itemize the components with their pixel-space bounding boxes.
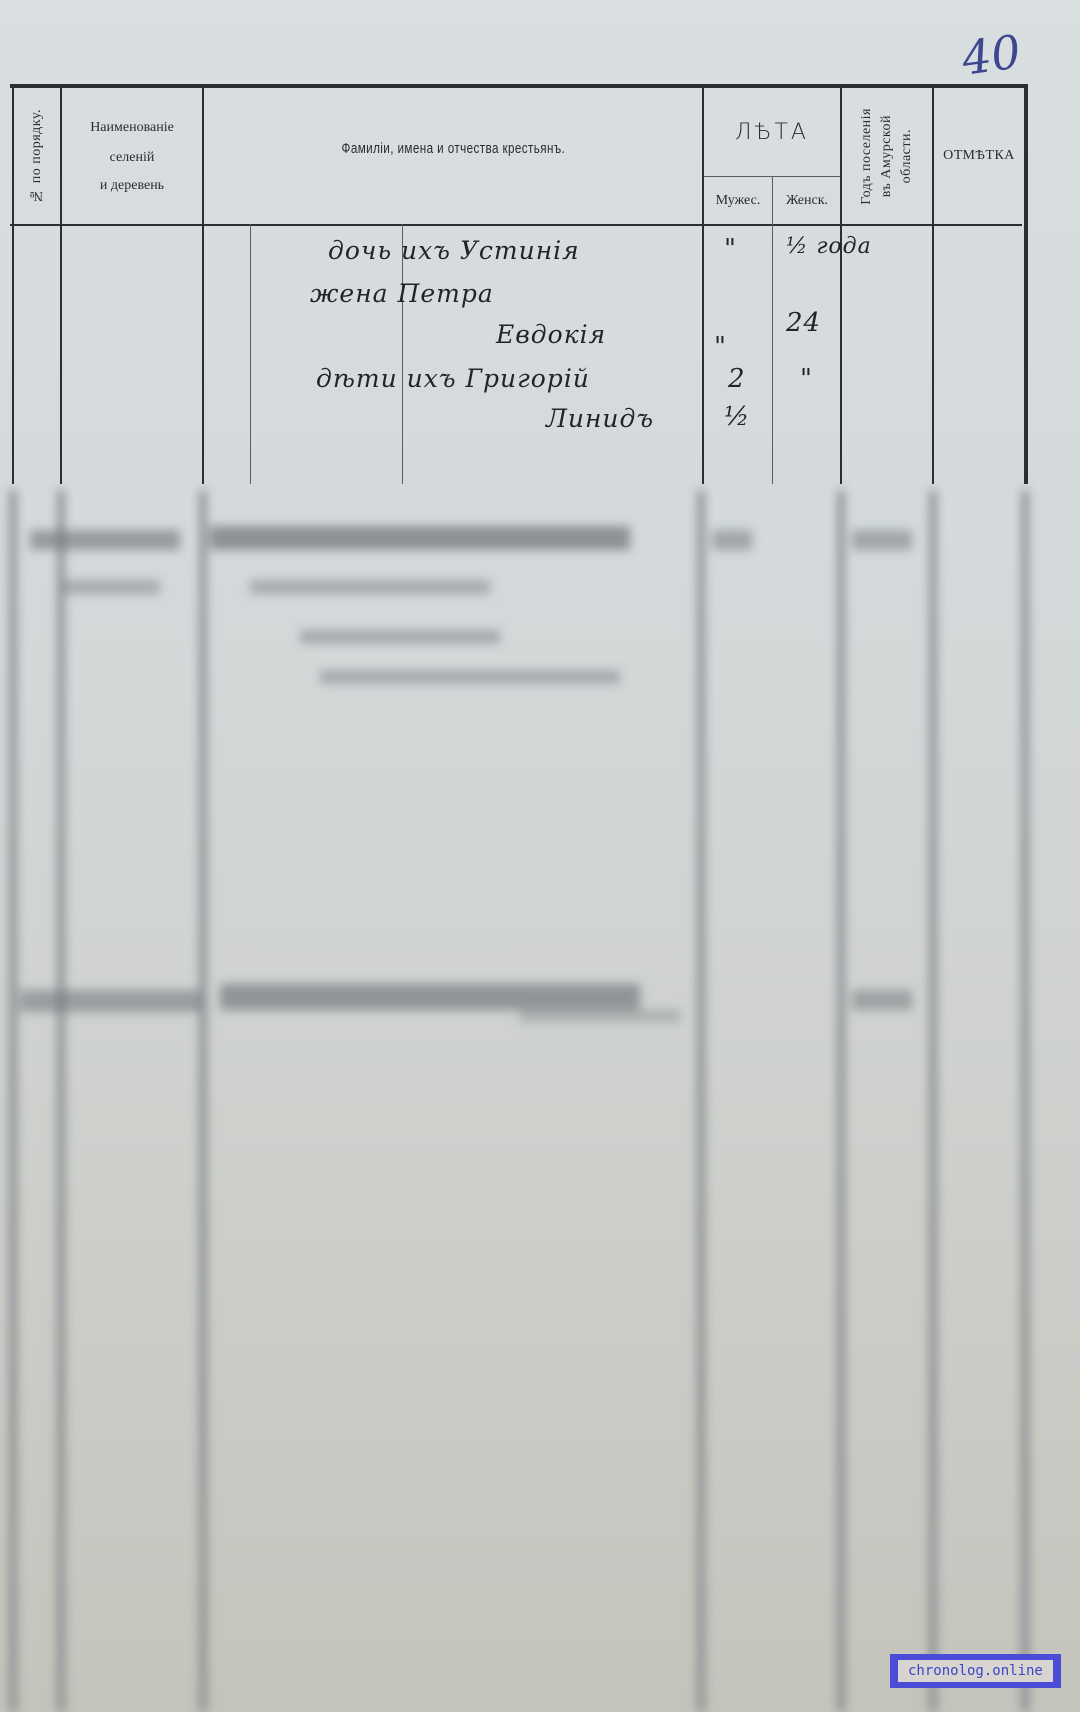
header-settlement: Наименованіе селеній и деревень bbox=[62, 88, 202, 224]
header-female-label: Женск. bbox=[786, 193, 828, 209]
header-male-label: Мужес. bbox=[716, 193, 761, 209]
blurred-illegible-region bbox=[0, 490, 1080, 1712]
blur-col-line bbox=[10, 490, 16, 1712]
header-number-label: № по порядку. bbox=[29, 109, 45, 203]
header-settle-year: Годъ поселенія въ Амурской области. bbox=[842, 88, 932, 224]
row-name-text: дѣти ихъ Григорій bbox=[316, 364, 590, 393]
watermark-badge: chronolog.online bbox=[890, 1654, 1061, 1688]
header-remark-label: ОТМѢТКА bbox=[943, 148, 1015, 164]
col-guide-1 bbox=[250, 224, 251, 484]
header-number: № по порядку. bbox=[14, 88, 60, 224]
illegible-ink bbox=[320, 670, 620, 684]
row-female: 24 bbox=[786, 308, 821, 338]
header-male: Мужес. bbox=[704, 177, 772, 224]
row-name-text: дочь ихъ Устинія bbox=[328, 236, 580, 265]
header-names-label: Фамиліи, имена и отчества крестьянъ. bbox=[341, 140, 565, 157]
row-female: " bbox=[800, 364, 813, 394]
handwritten-page-number: 40 bbox=[959, 24, 1024, 86]
header-years-label: ЛѢТА bbox=[735, 120, 809, 145]
header-settle-year-line3: области. bbox=[899, 129, 915, 183]
illegible-ink bbox=[852, 990, 912, 1010]
row-female: ½ года bbox=[786, 234, 872, 259]
col-border-right bbox=[1024, 84, 1028, 484]
header-female: Женск. bbox=[774, 177, 840, 224]
header-years: ЛѢТА bbox=[704, 88, 840, 176]
illegible-ink bbox=[300, 630, 500, 644]
row-name-text: Линидъ bbox=[546, 404, 654, 433]
header-bottom-border bbox=[10, 224, 1022, 226]
blur-col-line bbox=[838, 490, 844, 1712]
col-border-4 bbox=[772, 176, 773, 484]
header-settle-year-line2: въ Амурской bbox=[879, 115, 895, 197]
row-male: 2 bbox=[728, 364, 746, 394]
illegible-ink bbox=[220, 984, 640, 1010]
blur-col-line bbox=[1022, 490, 1028, 1712]
illegible-ink bbox=[30, 530, 180, 550]
row-male: " bbox=[724, 234, 737, 264]
watermark-text: chronolog.online bbox=[898, 1660, 1053, 1682]
header-settlement-line2: селеній bbox=[110, 145, 155, 171]
illegible-ink bbox=[210, 526, 630, 550]
illegible-ink bbox=[852, 530, 912, 550]
row-male: ½ bbox=[724, 402, 750, 432]
row-male: " bbox=[714, 332, 727, 362]
blur-col-line bbox=[698, 490, 704, 1712]
header-settle-year-line1: Годъ поселенія bbox=[859, 108, 875, 205]
blur-col-line bbox=[58, 490, 64, 1712]
header-remark: ОТМѢТКА bbox=[934, 88, 1024, 224]
illegible-ink bbox=[60, 580, 160, 594]
illegible-ink bbox=[520, 1010, 680, 1022]
blur-col-line bbox=[930, 490, 936, 1712]
illegible-ink bbox=[20, 990, 200, 1012]
header-settlement-line3: и деревень bbox=[100, 171, 164, 201]
header-settlement-line1: Наименованіе bbox=[90, 111, 174, 145]
row-name-text: жена Петра bbox=[310, 279, 494, 308]
illegible-ink bbox=[712, 530, 752, 550]
row-name-text: Евдокія bbox=[496, 320, 606, 349]
header-names: Фамиліи, имена и отчества крестьянъ. bbox=[204, 88, 702, 208]
illegible-ink bbox=[250, 580, 490, 594]
blur-col-line bbox=[200, 490, 206, 1712]
